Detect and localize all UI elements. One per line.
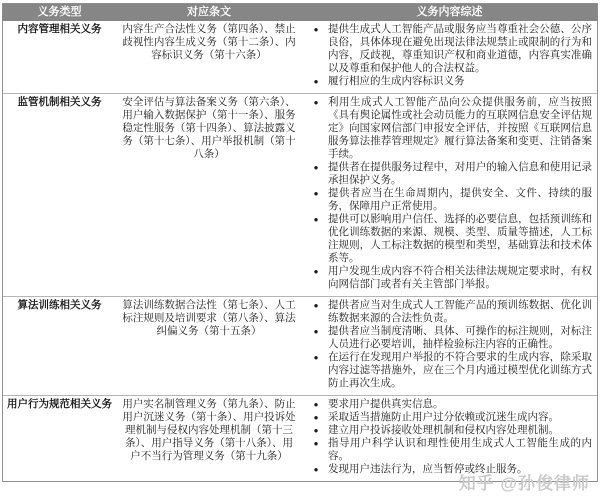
- bullet-text: 提供生成式人工智能产品或服务应当尊重社会公德、公序良俗，具体体现在避免出现法律法…: [328, 23, 592, 75]
- summary-bullet-item: ●要求用户提供真实信息。: [304, 398, 592, 411]
- table-row: 用户行为规范相关义务 用户实名制管理义务（第九条）、防止用户沉迷义务（第十条）、…: [3, 395, 597, 481]
- summary-bullet-item: ●提供者应当制度清晰、具体、可操作的标注规则，对标注人员进行必要培训，抽样检验标…: [304, 325, 592, 351]
- bullet-icon: ●: [304, 463, 328, 476]
- bullet-text: 采取适当措施防止用户过分依赖或沉迷生成内容。: [328, 411, 592, 424]
- header-summary: 义务内容综述: [302, 6, 597, 19]
- bullet-text: 提供者应当对生成式人工智能产品的预训练数据、优化训练数据来源的合法性负责。: [328, 299, 592, 325]
- summary-bullet-item: ●采取适当措施防止用户过分依赖或沉迷生成内容。: [304, 411, 592, 424]
- articles-cell: 内容生产合法性义务（第四条）、禁止歧视性内容生成义务（第十二条）、内容标识义务（…: [116, 21, 302, 93]
- bullet-icon: ●: [304, 161, 328, 174]
- bullet-text: 指导用户科学认识和理性使用生成式人工智能生成的内容。: [328, 437, 592, 463]
- bullet-icon: ●: [304, 213, 328, 226]
- bullet-icon: ●: [304, 299, 328, 312]
- summary-bullet-item: ●指导用户科学认识和理性使用生成式人工智能生成的内容。: [304, 437, 592, 463]
- bullet-icon: ●: [304, 398, 328, 411]
- bullet-text: 提供者在提供服务过程中，对用户的输入信息和使用记录承担保护义务。: [328, 161, 592, 187]
- articles-cell: 用户实名制管理义务（第九条）、防止用户沉迷义务（第十条）、用户投诉处理机制与侵权…: [116, 396, 302, 481]
- bullet-text: 建立用户投诉接收处理机制和侵权内容处理机制。: [328, 424, 592, 437]
- table-row: 算法训练相关义务 算法训练数据合法性（第七条）、人工标注规则及培训要求（第八条）…: [3, 296, 597, 395]
- summary-bullet-item: ●发现用户违法行为，应当暂停或终止服务。: [304, 463, 592, 476]
- bullet-icon: ●: [304, 187, 328, 200]
- bullet-text: 用户发现生成内容不符合相关法律法规规定要求时，有权向网信部门或者有关主管部门举报…: [328, 265, 592, 291]
- summary-cell: ●利用生成式人工智能产品向公众提供服务前，应当按照《具有舆论属性或社会动员能力的…: [302, 94, 597, 296]
- obligation-type-cell: 用户行为规范相关义务: [3, 396, 116, 481]
- summary-bullet-item: ●利用生成式人工智能产品向公众提供服务前，应当按照《具有舆论属性或社会动员能力的…: [304, 96, 592, 161]
- table-row: 内容管理相关义务 内容生产合法性义务（第四条）、禁止歧视性内容生成义务（第十二条…: [3, 21, 597, 93]
- bullet-icon: ●: [304, 437, 328, 450]
- summary-bullet-item: ●提供者应当在生命周期内，提供安全、文件、持续的服务，保障用户正常使用。: [304, 187, 592, 213]
- obligation-type-cell: 内容管理相关义务: [3, 21, 116, 93]
- bullet-text: 提供者应当制度清晰、具体、可操作的标注规则，对标注人员进行必要培训，抽样检验标注…: [328, 325, 592, 351]
- summary-cell: ●提供者应当对生成式人工智能产品的预训练数据、优化训练数据来源的合法性负责。●提…: [302, 297, 597, 395]
- articles-cell: 算法训练数据合法性（第七条）、人工标注规则及培训要求（第八条）、算法纠偏义务（第…: [116, 297, 302, 395]
- page: 义务类型 对应条文 义务内容综述 内容管理相关义务 内容生产合法性义务（第四条）…: [0, 0, 600, 500]
- bullet-text: 利用生成式人工智能产品向公众提供服务前，应当按照《具有舆论属性或社会动员能力的互…: [328, 96, 592, 161]
- bullet-text: 提供可以影响用户信任、选择的必要信息，包括预训练和优化训练数据的来源、规模、类型…: [328, 213, 592, 265]
- summary-bullet-list: ●提供生成式人工智能产品或服务应当尊重社会公德、公序良俗，具体体现在避免出现法律…: [304, 23, 592, 88]
- bullet-icon: ●: [304, 325, 328, 338]
- summary-cell: ●提供生成式人工智能产品或服务应当尊重社会公德、公序良俗，具体体现在避免出现法律…: [302, 21, 597, 93]
- articles-cell: 安全评估与算法备案义务（第六条）、用户输入数据保护（第十一条）、服务稳定性服务（…: [116, 94, 302, 296]
- summary-bullet-item: ●提供可以影响用户信任、选择的必要信息，包括预训练和优化训练数据的来源、规模、类…: [304, 213, 592, 265]
- bullet-icon: ●: [304, 265, 328, 278]
- bullet-text: 履行相应的生成内容标识义务: [328, 75, 592, 88]
- bullet-icon: ●: [304, 96, 328, 109]
- bullet-text: 提供者应当在生命周期内，提供安全、文件、持续的服务，保障用户正常使用。: [328, 187, 592, 213]
- header-articles: 对应条文: [116, 6, 302, 19]
- summary-bullet-item: ●履行相应的生成内容标识义务: [304, 75, 592, 88]
- summary-bullet-item: ●建立用户投诉接收处理机制和侵权内容处理机制。: [304, 424, 592, 437]
- summary-bullet-item: ●在运行在发现用户举报的不符合要求的生成内容，除采取内容过滤等措施外，应在三个月…: [304, 351, 592, 390]
- bullet-icon: ●: [304, 23, 328, 36]
- summary-bullet-item: ●提供生成式人工智能产品或服务应当尊重社会公德、公序良俗，具体体现在避免出现法律…: [304, 23, 592, 75]
- summary-bullet-item: ●提供者应当对生成式人工智能产品的预训练数据、优化训练数据来源的合法性负责。: [304, 299, 592, 325]
- bullet-text: 要求用户提供真实信息。: [328, 398, 592, 411]
- summary-bullet-list: ●提供者应当对生成式人工智能产品的预训练数据、优化训练数据来源的合法性负责。●提…: [304, 299, 592, 390]
- table-row: 监管机制相关义务 安全评估与算法备案义务（第六条）、用户输入数据保护（第十一条）…: [3, 93, 597, 296]
- summary-cell: ●要求用户提供真实信息。●采取适当措施防止用户过分依赖或沉迷生成内容。●建立用户…: [302, 396, 597, 481]
- summary-bullet-list: ●利用生成式人工智能产品向公众提供服务前，应当按照《具有舆论属性或社会动员能力的…: [304, 96, 592, 291]
- table-header-row: 义务类型 对应条文 义务内容综述: [3, 4, 597, 21]
- summary-bullet-item: ●用户发现生成内容不符合相关法律法规规定要求时，有权向网信部门或者有关主管部门举…: [304, 265, 592, 291]
- obligation-type-cell: 监管机制相关义务: [3, 94, 116, 296]
- bullet-icon: ●: [304, 75, 328, 88]
- table-body: 内容管理相关义务 内容生产合法性义务（第四条）、禁止歧视性内容生成义务（第十二条…: [3, 21, 597, 481]
- summary-bullet-item: ●提供者在提供服务过程中，对用户的输入信息和使用记录承担保护义务。: [304, 161, 592, 187]
- header-obligation-type: 义务类型: [3, 6, 116, 19]
- obligation-type-cell: 算法训练相关义务: [3, 297, 116, 395]
- summary-bullet-list: ●要求用户提供真实信息。●采取适当措施防止用户过分依赖或沉迷生成内容。●建立用户…: [304, 398, 592, 476]
- bullet-icon: ●: [304, 411, 328, 424]
- bullet-text: 在运行在发现用户举报的不符合要求的生成内容，除采取内容过滤等措施外，应在三个月内…: [328, 351, 592, 390]
- bullet-text: 发现用户违法行为，应当暂停或终止服务。: [328, 463, 592, 476]
- bullet-icon: ●: [304, 424, 328, 437]
- obligations-table: 义务类型 对应条文 义务内容综述 内容管理相关义务 内容生产合法性义务（第四条）…: [2, 3, 598, 482]
- bullet-icon: ●: [304, 351, 328, 364]
